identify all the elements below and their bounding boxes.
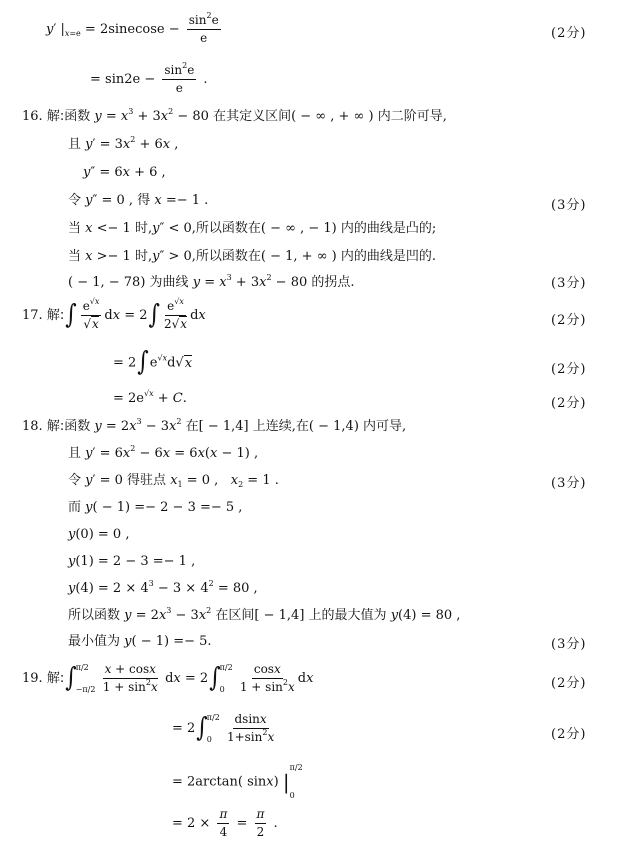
score-16-b: (3分) <box>551 272 586 291</box>
score-18-b: (3分) <box>551 633 586 652</box>
solution-label: 解: <box>47 109 64 124</box>
p16-line1: 16. 解:函数 y = x3 + 3x2 − 80 在其定义区间( − ∞ ,… <box>22 110 447 123</box>
solution-label: 解: <box>47 671 64 686</box>
problem-number-17: 17. <box>22 308 43 323</box>
problem-number-19: 19. <box>22 671 43 686</box>
p18-line9: 最小值为 y( − 1) =− 5. <box>68 635 212 648</box>
score-17-c: (2分) <box>551 392 586 411</box>
problem-number-16: 16. <box>22 109 43 124</box>
p18-line7: y(4) = 2 × 43 − 3 × 42 = 80 , <box>68 582 258 595</box>
score-17-a: (2分) <box>551 309 586 328</box>
p18-line6: y(1) = 2 − 3 =− 1 , <box>68 555 195 568</box>
score-15-a: (2分) <box>551 22 586 41</box>
p16-line2: 且 y′ = 3x2 + 6x , <box>68 138 178 151</box>
p18-line5: y(0) = 0 , <box>68 528 129 541</box>
p18-line8: 所以函数 y = 2x3 − 3x2 在区间[ − 1,4] 上的最大值为 y(… <box>68 609 460 622</box>
eq-15-line1: y′ |x=e = 2sinecose − sin2ee <box>46 14 224 45</box>
p16-line4: 令 y″ = 0 , 得 x =− 1 . <box>68 194 208 207</box>
p18-line3: 令 y′ = 0 得驻点 x1 = 0 , x2 = 1 . <box>68 474 279 487</box>
p16-line3: y″ = 6x + 6 , <box>83 166 166 179</box>
score-19-b: (2分) <box>551 723 586 742</box>
p18-line4: 而 y( − 1) =− 2 − 3 =− 5 , <box>68 501 242 514</box>
p19-line4: = 2 × π4 = π2 . <box>172 808 278 839</box>
score-18-a: (3分) <box>551 472 586 491</box>
score-19-a: (2分) <box>551 672 586 691</box>
p19-line2: = 2∫π/20 dsinx1+sin2x <box>172 713 277 744</box>
p17-line1: 17. 解:∫e√x√xdx = 2∫e√x2√xdx <box>22 300 206 331</box>
p17-line3: = 2e√x + C. <box>113 392 187 405</box>
problem-number-18: 18. <box>22 419 43 434</box>
score-16-a: (3分) <box>551 194 586 213</box>
p16-line5: 当 x <− 1 时,y″ < 0,所以函数在( − ∞ , − 1) 内的曲线… <box>68 222 436 235</box>
score-17-b: (2分) <box>551 358 586 377</box>
p19-line1: 19. 解:∫π/2−π/2 x + cosx1 + sin2x dx = 2∫… <box>22 663 313 694</box>
p18-line1: 18. 解:函数 y = 2x3 − 3x2 在[ − 1,4] 上连续,在( … <box>22 420 406 433</box>
solution-label: 解: <box>47 308 64 323</box>
p18-line2: 且 y′ = 6x2 − 6x = 6x(x − 1) , <box>68 447 258 460</box>
p17-line2: = 2∫e√xd√x <box>113 352 192 374</box>
p19-line3: = 2arctan( sinx) |π/20 <box>172 764 303 800</box>
p16-line6: 当 x >− 1 时,y″ > 0,所以函数在( − 1, + ∞ ) 内的曲线… <box>68 250 436 263</box>
eq-15-line2: = sin2e − sin2ee . <box>90 64 208 95</box>
solution-label: 解: <box>47 419 64 434</box>
p16-line7: ( − 1, − 78) 为曲线 y = x3 + 3x2 − 80 的拐点. <box>68 276 355 289</box>
